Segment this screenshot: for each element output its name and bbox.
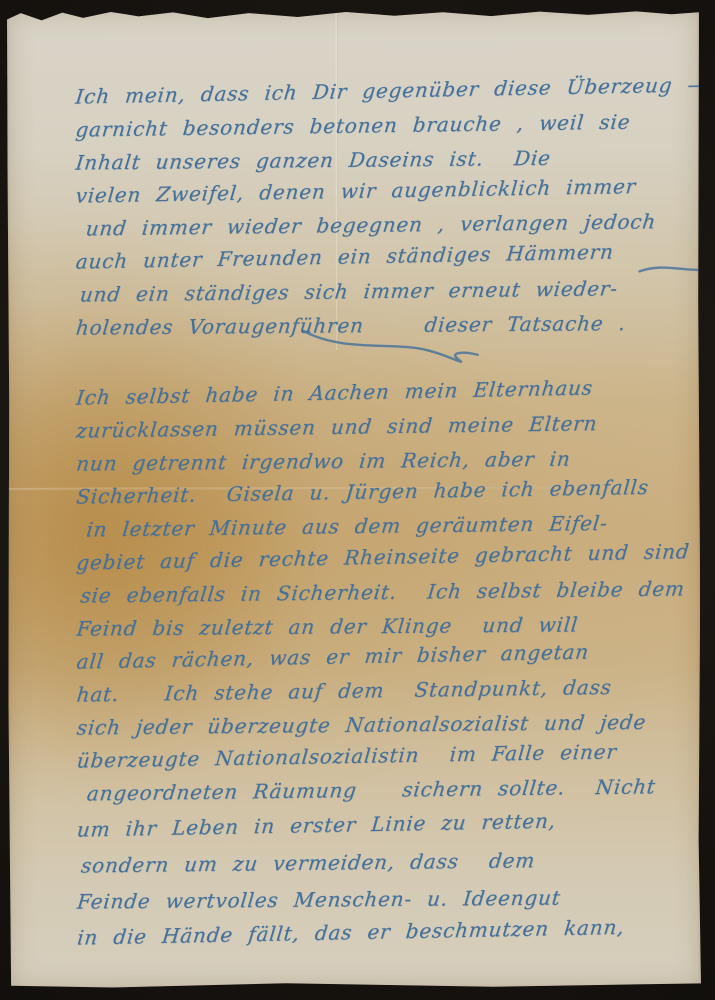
paragraph-1: Ich mein, dass ich Dir gegenüber diese Ü… (75, 79, 676, 344)
paragraph-2: Ich selbst habe in Aachen mein Elternhau… (76, 380, 677, 954)
scan-background: Ich mein, dass ich Dir gegenüber diese Ü… (0, 0, 715, 1000)
handwritten-line: sie ebenfalls in Sicherheit. Ich selbst … (75, 573, 679, 613)
handwritten-line: und ein ständiges sich immer erneut wied… (74, 272, 678, 312)
letter-body: Ich mein, dass ich Dir gegenüber diese Ü… (75, 79, 677, 954)
handwritten-line: holendes Voraugenführen dieser Tatsache … (74, 307, 678, 345)
letter-paper: Ich mein, dass ich Dir gegenüber diese Ü… (7, 9, 701, 988)
handwritten-line: sondern um zu vermeiden, dass dem (75, 843, 679, 883)
